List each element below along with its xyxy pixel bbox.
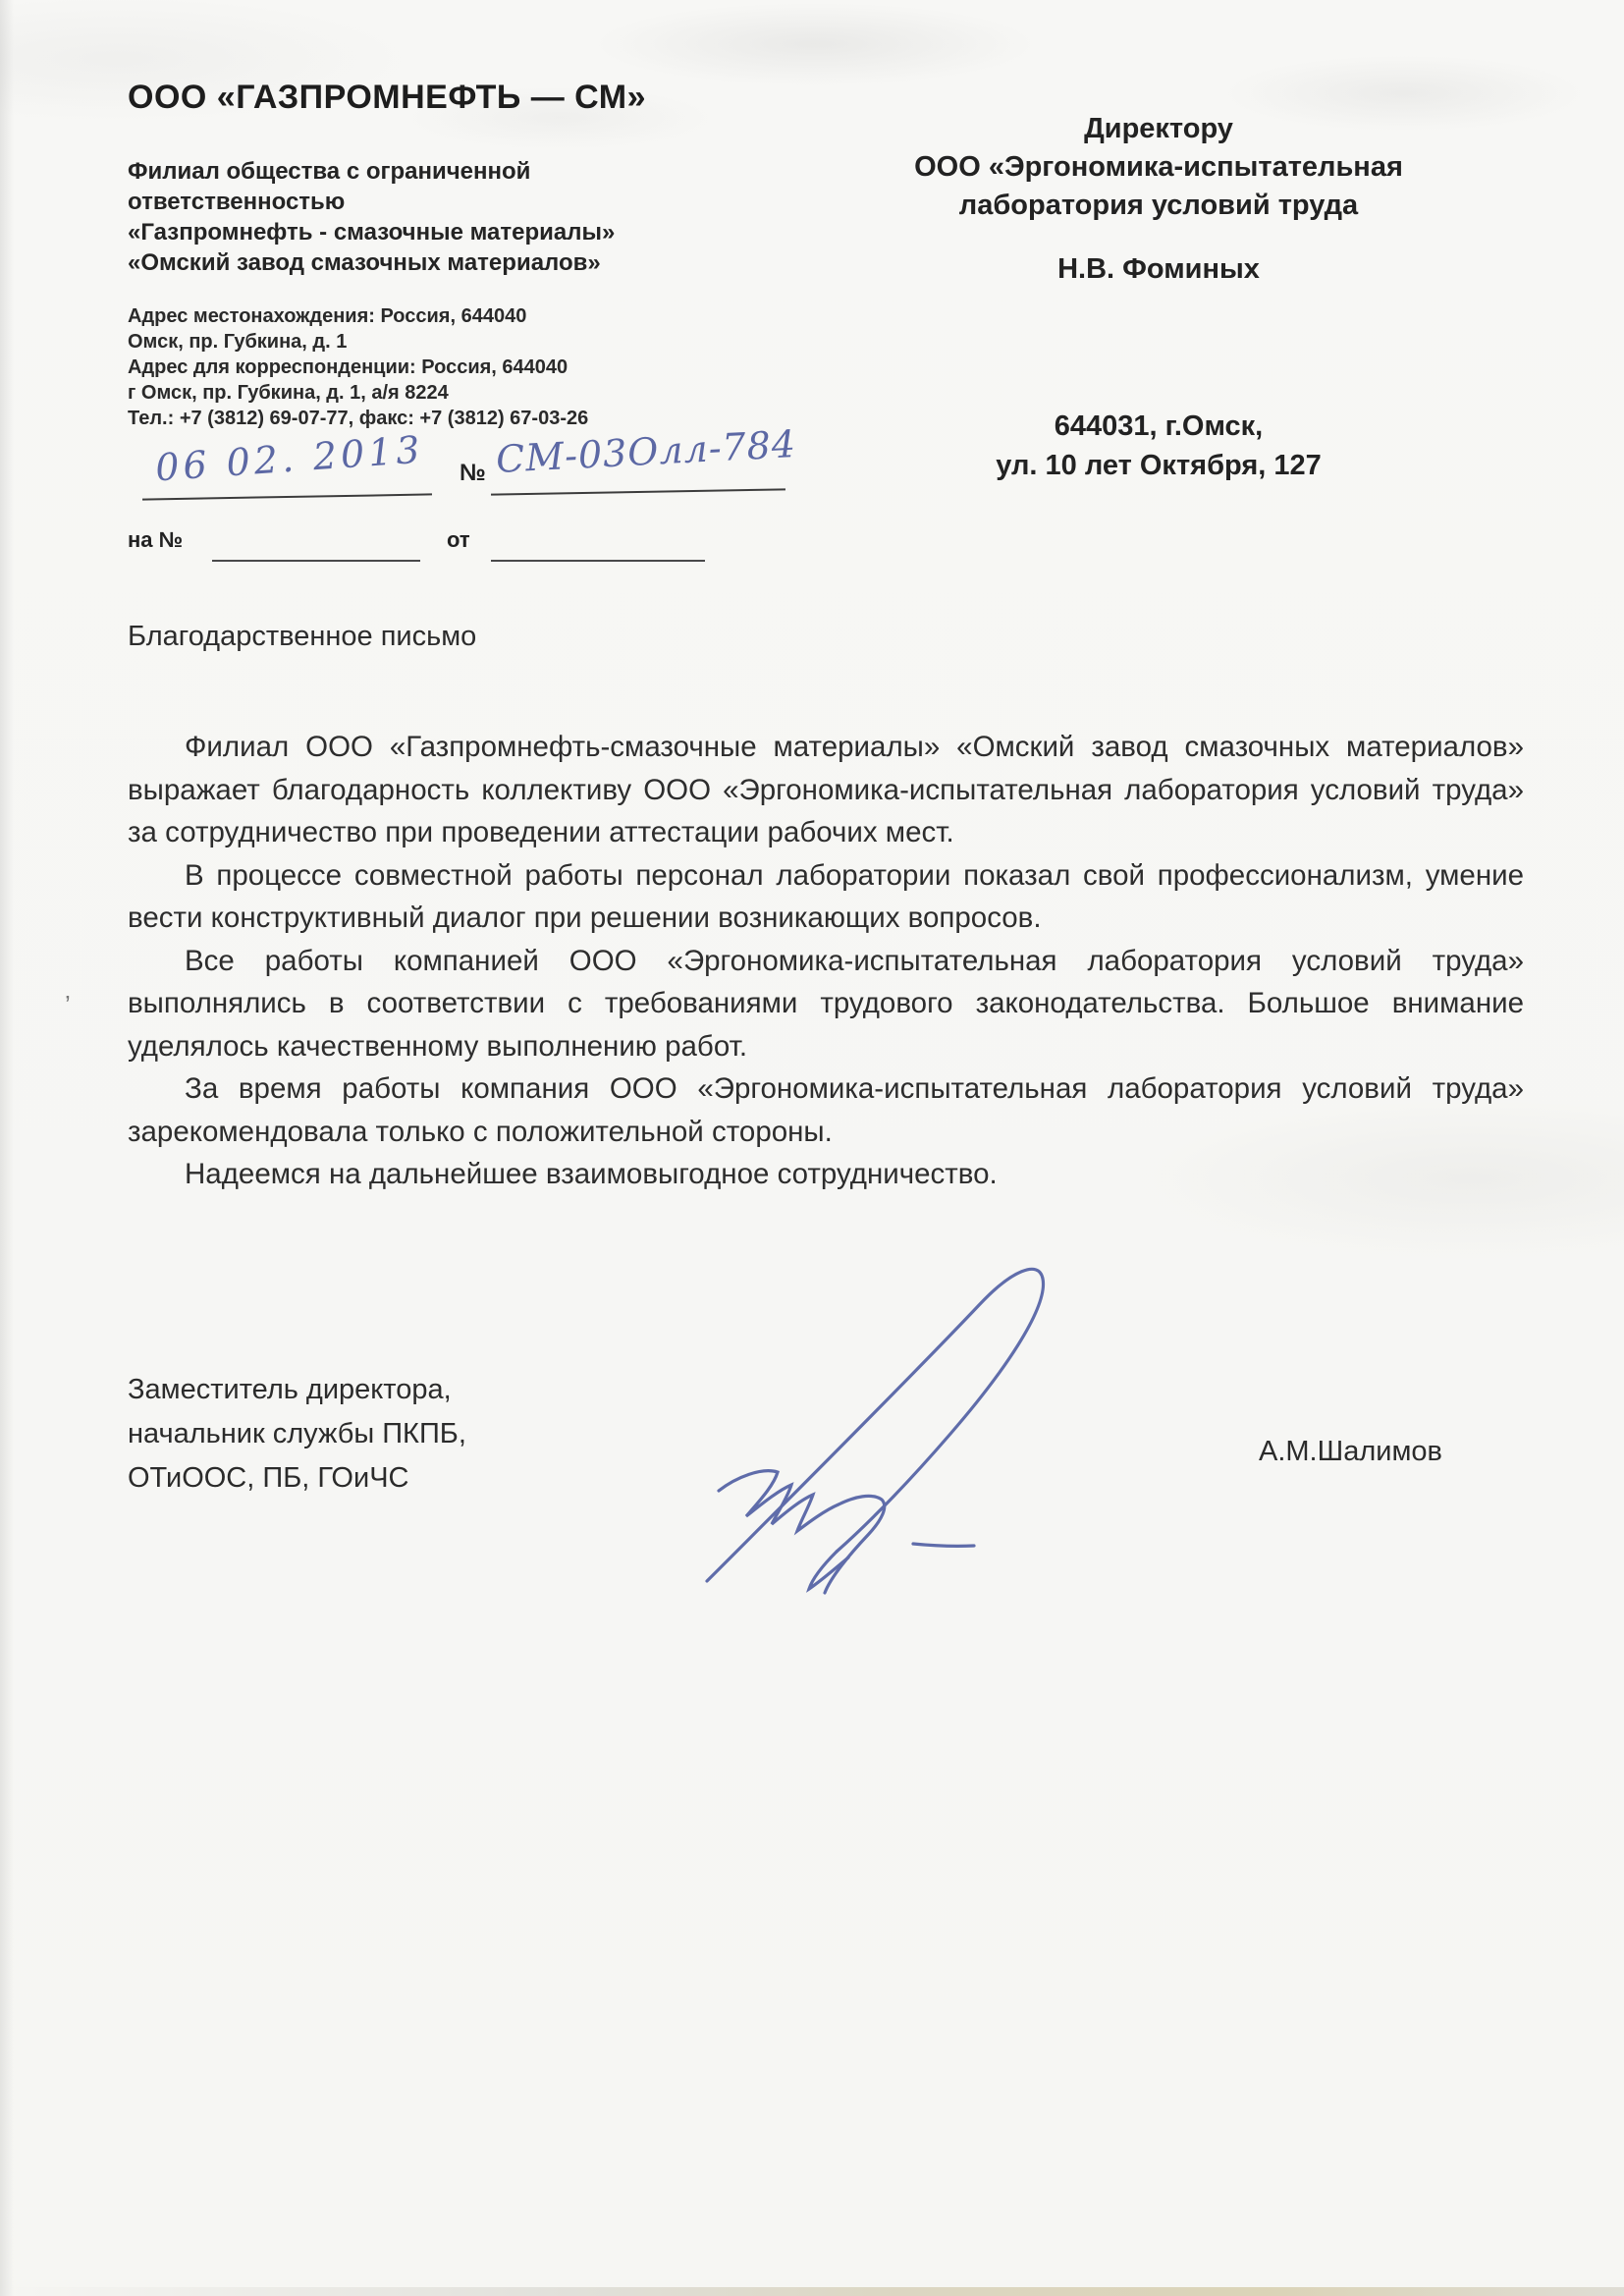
sender-address-line: Омск, пр. Губкина, д. 1 <box>128 329 677 355</box>
recipient-title: Директору <box>839 110 1478 148</box>
sender-branch-line: «Газпромнефть - смазочные материалы» <box>128 217 677 247</box>
sender-address-line: г Омск, пр. Губкина, д. 1, а/я 8224 <box>128 380 677 406</box>
scan-left-edge <box>0 0 14 2296</box>
recipient-org-line: ООО «Эргономика-испытательная <box>839 148 1478 187</box>
letter-paragraph: В процессе совместной работы персонал ла… <box>128 854 1524 940</box>
signer-position-line: ОТиООС, ПБ, ГОиЧС <box>128 1456 466 1501</box>
letter-title: Благодарственное письмо <box>128 621 1524 653</box>
reply-underline <box>212 560 420 562</box>
recipient-org-line: лаборатория условий труда <box>839 187 1478 225</box>
handwritten-number: СМ-03Олл-784 <box>495 422 797 481</box>
recipient-block: Директору ООО «Эргономика-испытательная … <box>839 110 1478 485</box>
recipient-name: Н.В. Фоминых <box>839 250 1478 289</box>
scan-bottom-edge <box>0 2287 1624 2296</box>
number-label: № <box>460 460 486 487</box>
from-label: от <box>447 527 470 553</box>
letter-body: Благодарственное письмо Филиал ООО «Газп… <box>128 621 1524 1196</box>
recipient-address: 644031, г.Омск, ул. 10 лет Октября, 127 <box>839 407 1478 485</box>
date-underline <box>142 493 432 500</box>
sender-address-line: Тел.: +7 (3812) 69-07-77, факс: +7 (3812… <box>128 406 677 431</box>
recipient-address-line: 644031, г.Омск, <box>839 407 1478 446</box>
letter-paragraph: Филиал ООО «Газпромнефть-смазочные матер… <box>128 726 1524 854</box>
signer-position-block: Заместитель директора, начальник службы … <box>128 1368 466 1501</box>
letter-paragraph: Надеемся на дальнейшее взаимовыгодное со… <box>128 1153 1524 1196</box>
sender-company-name: ООО «ГАЗПРОМНЕФТЬ — СМ» <box>128 79 677 117</box>
number-underline <box>491 488 785 495</box>
signature-ink <box>589 1257 1178 1611</box>
signer-position-line: Заместитель директора, <box>128 1368 466 1412</box>
letter-paper: ООО «ГАЗПРОМНЕФТЬ — СМ» Филиал общества … <box>0 0 1624 2296</box>
scan-speck: ’ <box>65 990 71 1020</box>
handwritten-date: 06 02. 2013 <box>154 428 425 490</box>
signer-name: А.М.Шалимов <box>1259 1436 1442 1468</box>
letter-paragraph: Все работы компанией ООО «Эргономика-исп… <box>128 940 1524 1068</box>
recipient-address-line: ул. 10 лет Октября, 127 <box>839 446 1478 485</box>
sender-address-block: Адрес местонахождения: Россия, 644040 Ом… <box>128 303 677 431</box>
from-underline <box>491 560 705 562</box>
letter-paragraph: За время работы компания ООО «Эргономика… <box>128 1067 1524 1153</box>
sender-branch-line: ответственностью <box>128 187 677 217</box>
sender-branch-line: Филиал общества с ограниченной <box>128 156 677 187</box>
sender-branch-line: «Омский завод смазочных материалов» <box>128 247 677 278</box>
sender-header: ООО «ГАЗПРОМНЕФТЬ — СМ» Филиал общества … <box>128 79 677 431</box>
sender-address-line: Адрес для корреспонденции: Россия, 64404… <box>128 355 677 380</box>
reply-to-label: на № <box>128 527 183 553</box>
sender-branch-block: Филиал общества с ограниченной ответстве… <box>128 156 677 278</box>
sender-address-line: Адрес местонахождения: Россия, 644040 <box>128 303 677 329</box>
scanned-letter-page: { "sender": { "company_name": "ООО «ГАЗП… <box>0 0 1624 2296</box>
signer-position-line: начальник службы ПКПБ, <box>128 1412 466 1456</box>
